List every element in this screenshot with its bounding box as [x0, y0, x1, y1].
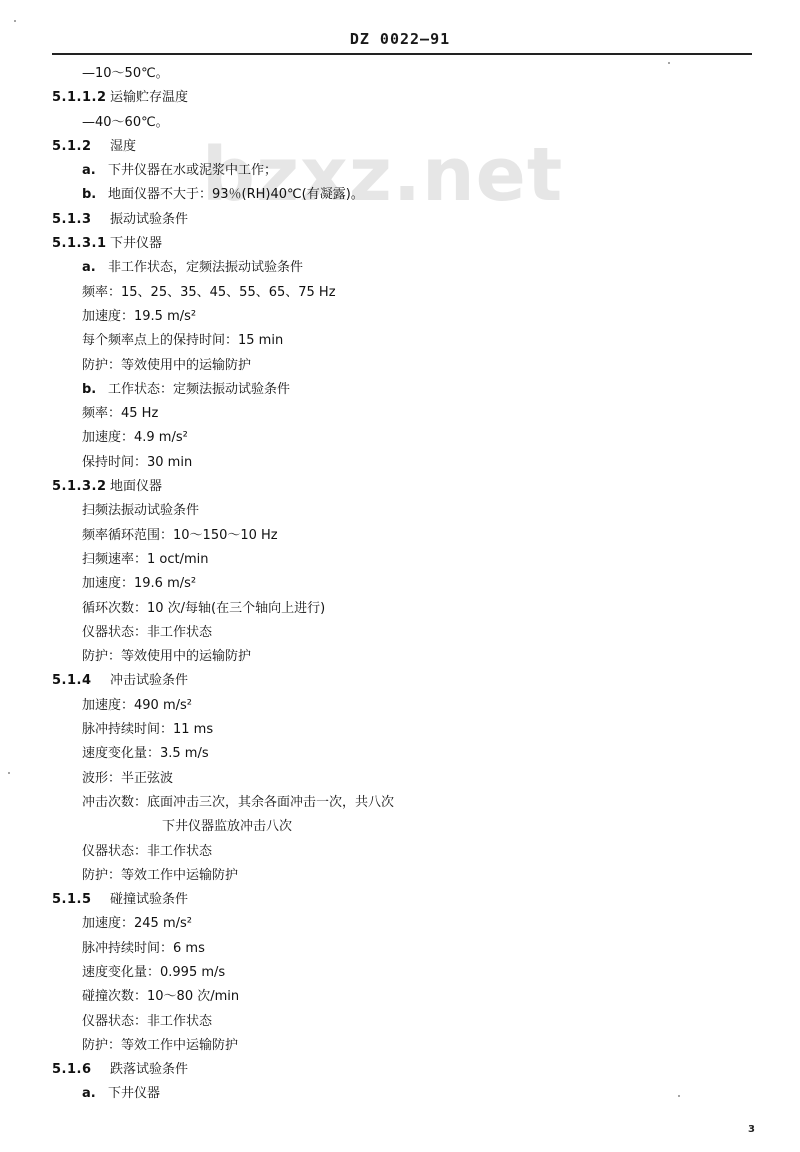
section-heading: 5.1.3.2地面仪器 [52, 475, 752, 499]
body-line: 加速度：490 m/s² [52, 694, 752, 718]
body-line: 防护：等效使用中的运输防护 [52, 354, 752, 378]
line-text: 防护：等效使用中的运输防护 [82, 358, 251, 373]
list-marker: b. [82, 378, 108, 402]
line-text: 防护：等效使用中的运输防护 [82, 649, 251, 664]
line-text: 扫频法振动试验条件 [82, 503, 199, 518]
line-text: —10～50℃。 [82, 66, 169, 81]
body-line: 频率循环范围：10～150～10 Hz [52, 524, 752, 548]
body-line: 防护：等效使用中的运输防护 [52, 645, 752, 669]
line-text: 下井仪器 [108, 1086, 160, 1101]
line-text: 地面仪器 [110, 479, 162, 494]
section-number: 5.1.6 [52, 1058, 110, 1082]
line-text: 脉冲持续时间：6 ms [82, 941, 205, 956]
body-line: 脉冲持续时间：11 ms [52, 718, 752, 742]
list-item: a.下井仪器 [52, 1082, 752, 1106]
body-line: 保持时间：30 min [52, 451, 752, 475]
body-line: 加速度：245 m/s² [52, 912, 752, 936]
body-line: 仪器状态：非工作状态 [52, 840, 752, 864]
line-text: 加速度：245 m/s² [82, 916, 192, 931]
line-text: 扫频速率：1 oct/min [82, 552, 209, 567]
list-item: a.非工作状态，定频法振动试验条件 [52, 256, 752, 280]
section-number: 5.1.1.2 [52, 86, 110, 110]
line-text: 冲击试验条件 [110, 673, 188, 688]
line-text: 仪器状态：非工作状态 [82, 1014, 212, 1029]
line-text: 非工作状态，定频法振动试验条件 [108, 260, 303, 275]
body-line: 脉冲持续时间：6 ms [52, 937, 752, 961]
line-text: 仪器状态：非工作状态 [82, 844, 212, 859]
line-text: 下井仪器监放冲击八次 [162, 819, 292, 834]
line-text: 脉冲持续时间：11 ms [82, 722, 213, 737]
body-line: 速度变化量：0.995 m/s [52, 961, 752, 985]
line-text: 频率循环范围：10～150～10 Hz [82, 528, 278, 543]
body-line: 循环次数：10 次/每轴(在三个轴向上进行) [52, 597, 752, 621]
body-line: 仪器状态：非工作状态 [52, 621, 752, 645]
line-text: 波形：半正弦波 [82, 771, 173, 786]
section-number: 5.1.5 [52, 888, 110, 912]
section-heading: 5.1.1.2运输贮存温度 [52, 86, 752, 110]
line-text: 加速度：4.9 m/s² [82, 430, 188, 445]
line-text: —40～60℃。 [82, 115, 169, 130]
section-number: 5.1.3.2 [52, 475, 110, 499]
line-text: 地面仪器不大于：93％(RH)40℃(有凝露)。 [108, 187, 364, 202]
body-line: 加速度：19.6 m/s² [52, 572, 752, 596]
section-heading: 5.1.3振动试验条件 [52, 208, 752, 232]
scan-speck [8, 772, 10, 774]
section-heading: 5.1.5碰撞试验条件 [52, 888, 752, 912]
line-text: 频率：45 Hz [82, 406, 158, 421]
list-marker: a. [82, 1082, 108, 1106]
standard-code-header: DZ 0022—91 [0, 30, 800, 48]
body-line: —40～60℃。 [52, 111, 752, 135]
line-text: 保持时间：30 min [82, 455, 192, 470]
list-item: b.工作状态：定频法振动试验条件 [52, 378, 752, 402]
line-text: 防护：等效工作中运输防护 [82, 868, 238, 883]
body-line: 仪器状态：非工作状态 [52, 1010, 752, 1034]
list-marker: a. [82, 256, 108, 280]
line-text: 速度变化量：3.5 m/s [82, 746, 209, 761]
section-number: 5.1.3 [52, 208, 110, 232]
line-text: 工作状态：定频法振动试验条件 [108, 382, 290, 397]
line-text: 运输贮存温度 [110, 90, 188, 105]
list-item: b.地面仪器不大于：93％(RH)40℃(有凝露)。 [52, 183, 752, 207]
line-text: 碰撞次数：10～80 次/min [82, 989, 239, 1004]
body-line: 每个频率点上的保持时间：15 min [52, 329, 752, 353]
line-text: 每个频率点上的保持时间：15 min [82, 333, 283, 348]
body-line: 速度变化量：3.5 m/s [52, 742, 752, 766]
list-marker: b. [82, 183, 108, 207]
line-text: 下井仪器在水或泥浆中工作； [108, 163, 277, 178]
page-number: 3 [748, 1124, 755, 1135]
line-text: 湿度 [110, 139, 136, 154]
body-line: 加速度：19.5 m/s² [52, 305, 752, 329]
document-page: DZ 0022—91 bzxz.net —10～50℃。5.1.1.2运输贮存温… [0, 0, 800, 1152]
section-heading: 5.1.6跌落试验条件 [52, 1058, 752, 1082]
body-line: 扫频法振动试验条件 [52, 499, 752, 523]
body-line: 碰撞次数：10～80 次/min [52, 985, 752, 1009]
body-line: 波形：半正弦波 [52, 767, 752, 791]
section-number: 5.1.4 [52, 669, 110, 693]
section-number: 5.1.3.1 [52, 232, 110, 256]
section-number: 5.1.2 [52, 135, 110, 159]
document-body: —10～50℃。5.1.1.2运输贮存温度—40～60℃。5.1.2湿度a.下井… [52, 62, 752, 1107]
body-line: 频率：45 Hz [52, 402, 752, 426]
body-line: 防护：等效工作中运输防护 [52, 1034, 752, 1058]
list-marker: a. [82, 159, 108, 183]
list-item: a.下井仪器在水或泥浆中工作； [52, 159, 752, 183]
body-line: 下井仪器监放冲击八次 [52, 815, 752, 839]
line-text: 碰撞试验条件 [110, 892, 188, 907]
line-text: 循环次数：10 次/每轴(在三个轴向上进行) [82, 601, 325, 616]
line-text: 加速度：490 m/s² [82, 698, 192, 713]
line-text: 跌落试验条件 [110, 1062, 188, 1077]
body-line: 加速度：4.9 m/s² [52, 426, 752, 450]
line-text: 仪器状态：非工作状态 [82, 625, 212, 640]
line-text: 频率：15、25、35、45、55、65、75 Hz [82, 285, 336, 300]
line-text: 速度变化量：0.995 m/s [82, 965, 225, 980]
body-line: 防护：等效工作中运输防护 [52, 864, 752, 888]
line-text: 振动试验条件 [110, 212, 188, 227]
body-line: 频率：15、25、35、45、55、65、75 Hz [52, 281, 752, 305]
body-line: —10～50℃。 [52, 62, 752, 86]
line-text: 冲击次数：底面冲击三次，其余各面冲击一次，共八次 [82, 795, 394, 810]
section-heading: 5.1.2湿度 [52, 135, 752, 159]
header-rule [52, 53, 752, 55]
section-heading: 5.1.3.1下井仪器 [52, 232, 752, 256]
body-line: 冲击次数：底面冲击三次，其余各面冲击一次，共八次 [52, 791, 752, 815]
line-text: 下井仪器 [110, 236, 162, 251]
body-line: 扫频速率：1 oct/min [52, 548, 752, 572]
line-text: 防护：等效工作中运输防护 [82, 1038, 238, 1053]
line-text: 加速度：19.6 m/s² [82, 576, 196, 591]
line-text: 加速度：19.5 m/s² [82, 309, 196, 324]
scan-speck [14, 20, 16, 22]
section-heading: 5.1.4冲击试验条件 [52, 669, 752, 693]
